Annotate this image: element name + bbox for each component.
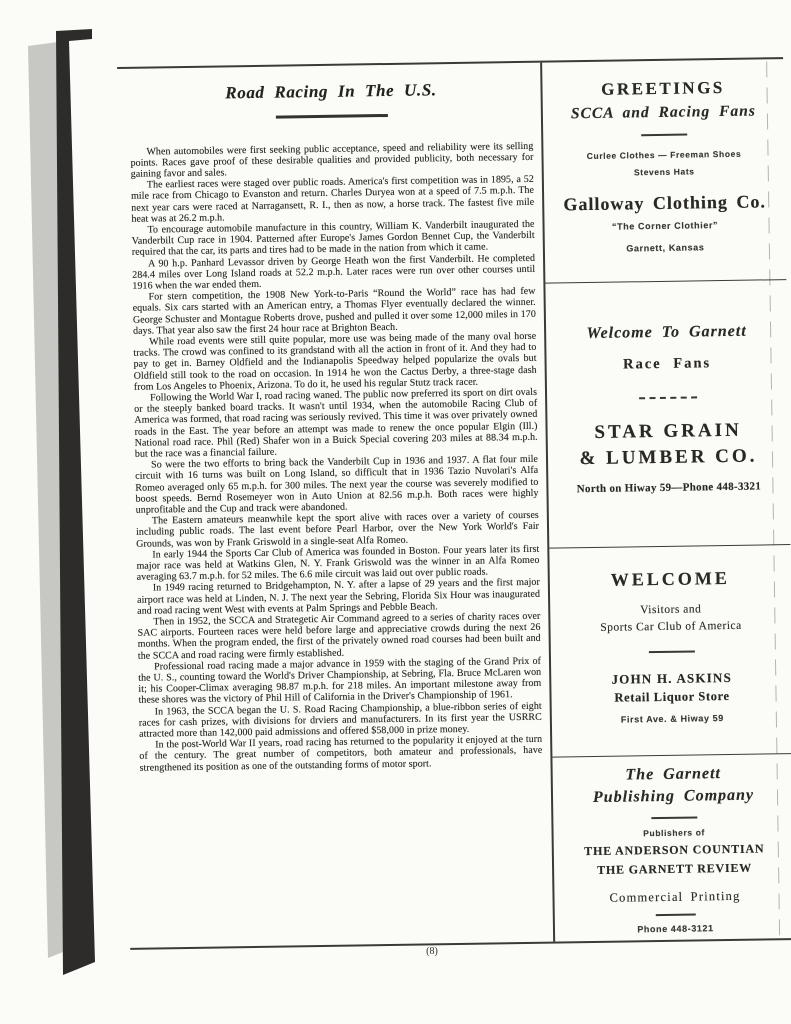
- ad-garnett-publishing: The Garnett Publishing Company Publisher…: [552, 754, 791, 942]
- page-content: Road Racing In The U.S. When automobiles…: [117, 57, 791, 950]
- scan-black-strip: [56, 29, 95, 975]
- ad-business-name: Publishing Company: [553, 786, 791, 808]
- ad-business-subname: Retail Liquor Store: [551, 688, 791, 707]
- ad-contact: First Ave. & Hiway 59: [552, 712, 791, 726]
- ad-location: Garnett, Kansas: [545, 241, 786, 255]
- article-paragraph: In the post-World War II years, road rac…: [139, 734, 542, 774]
- ad-business-name: Galloway Clothing Co.: [544, 191, 785, 216]
- ad-rule: [641, 134, 687, 137]
- article-paragraph: To encourage automobile manufacture in t…: [131, 219, 534, 259]
- ad-contact: North on Hiway 59—Phone 448-3321: [548, 480, 789, 496]
- ad-publication: THE ANDERSON COUNTIAN: [554, 841, 791, 860]
- ad-greeting: WELCOME: [550, 567, 791, 592]
- ad-business-name: JOHN H. ASKINS: [551, 669, 791, 689]
- ad-galloway-clothing: GREETINGS SCCA and Racing Fans Curlee Cl…: [542, 59, 786, 284]
- ad-business-name: STAR GRAIN: [547, 419, 788, 445]
- page-number: (8): [400, 946, 464, 957]
- article-paragraph: For stern competition, the 1908 New York…: [132, 286, 536, 337]
- ad-greeting: GREETINGS: [542, 77, 783, 101]
- ad-rule: [655, 914, 695, 916]
- ad-brands-line: Stevens Hats: [544, 165, 785, 179]
- ad-subtitle: Publishers of: [554, 826, 791, 840]
- article-paragraph: Professional road racing made a major ad…: [138, 656, 542, 707]
- ad-publication: THE GARNETT REVIEW: [554, 860, 791, 879]
- ad-john-askins-liquor: WELCOME Visitors and Sports Car Club of …: [549, 545, 791, 758]
- ad-rule: [651, 816, 697, 819]
- article-paragraph: The earliest races were staged over publ…: [131, 174, 535, 225]
- article-paragraph: While road events were still quite popul…: [133, 331, 537, 393]
- ad-greeting-sub: Race Fans: [547, 354, 788, 375]
- ad-greeting-sub: Visitors and: [550, 602, 791, 618]
- article-column: Road Racing In The U.S. When automobiles…: [117, 63, 553, 948]
- ad-brands-line: Curlee Clothes — Freeman Shoes: [543, 148, 784, 162]
- scan-binding-artifact: [0, 0, 130, 1024]
- ad-greeting-sub: Sports Car Club of America: [550, 619, 791, 635]
- ad-business-name: The Garnett: [553, 764, 791, 786]
- article-paragraph: Then in 1952, the SCCA and Strategetic A…: [137, 611, 541, 662]
- ad-rule: [639, 396, 697, 399]
- title-rule: [275, 114, 387, 118]
- ad-tagline: “The Corner Clothier”: [544, 219, 785, 233]
- article-paragraph: So were the two efforts to bring back th…: [135, 454, 539, 516]
- scan-gray-strip: [28, 42, 68, 958]
- article-title: Road Racing In The U.S.: [129, 79, 532, 105]
- ad-rule: [648, 650, 694, 653]
- ad-greeting: Welcome To Garnett: [546, 322, 787, 344]
- ad-service: Commercial Printing: [554, 888, 791, 907]
- ad-star-grain-lumber: Welcome To Garnett Race Fans STAR GRAIN …: [545, 280, 790, 549]
- ad-greeting-sub: SCCA and Racing Fans: [543, 102, 784, 124]
- ad-business-name: & LUMBER CO.: [548, 445, 789, 471]
- article-paragraph: Following the World War I, road racing w…: [134, 387, 538, 460]
- ad-phone: Phone 448-3121: [555, 922, 791, 936]
- ads-column: GREETINGS SCCA and Racing Fans Curlee Cl…: [540, 59, 791, 942]
- article-body: When automobiles were first seeking publ…: [130, 140, 542, 773]
